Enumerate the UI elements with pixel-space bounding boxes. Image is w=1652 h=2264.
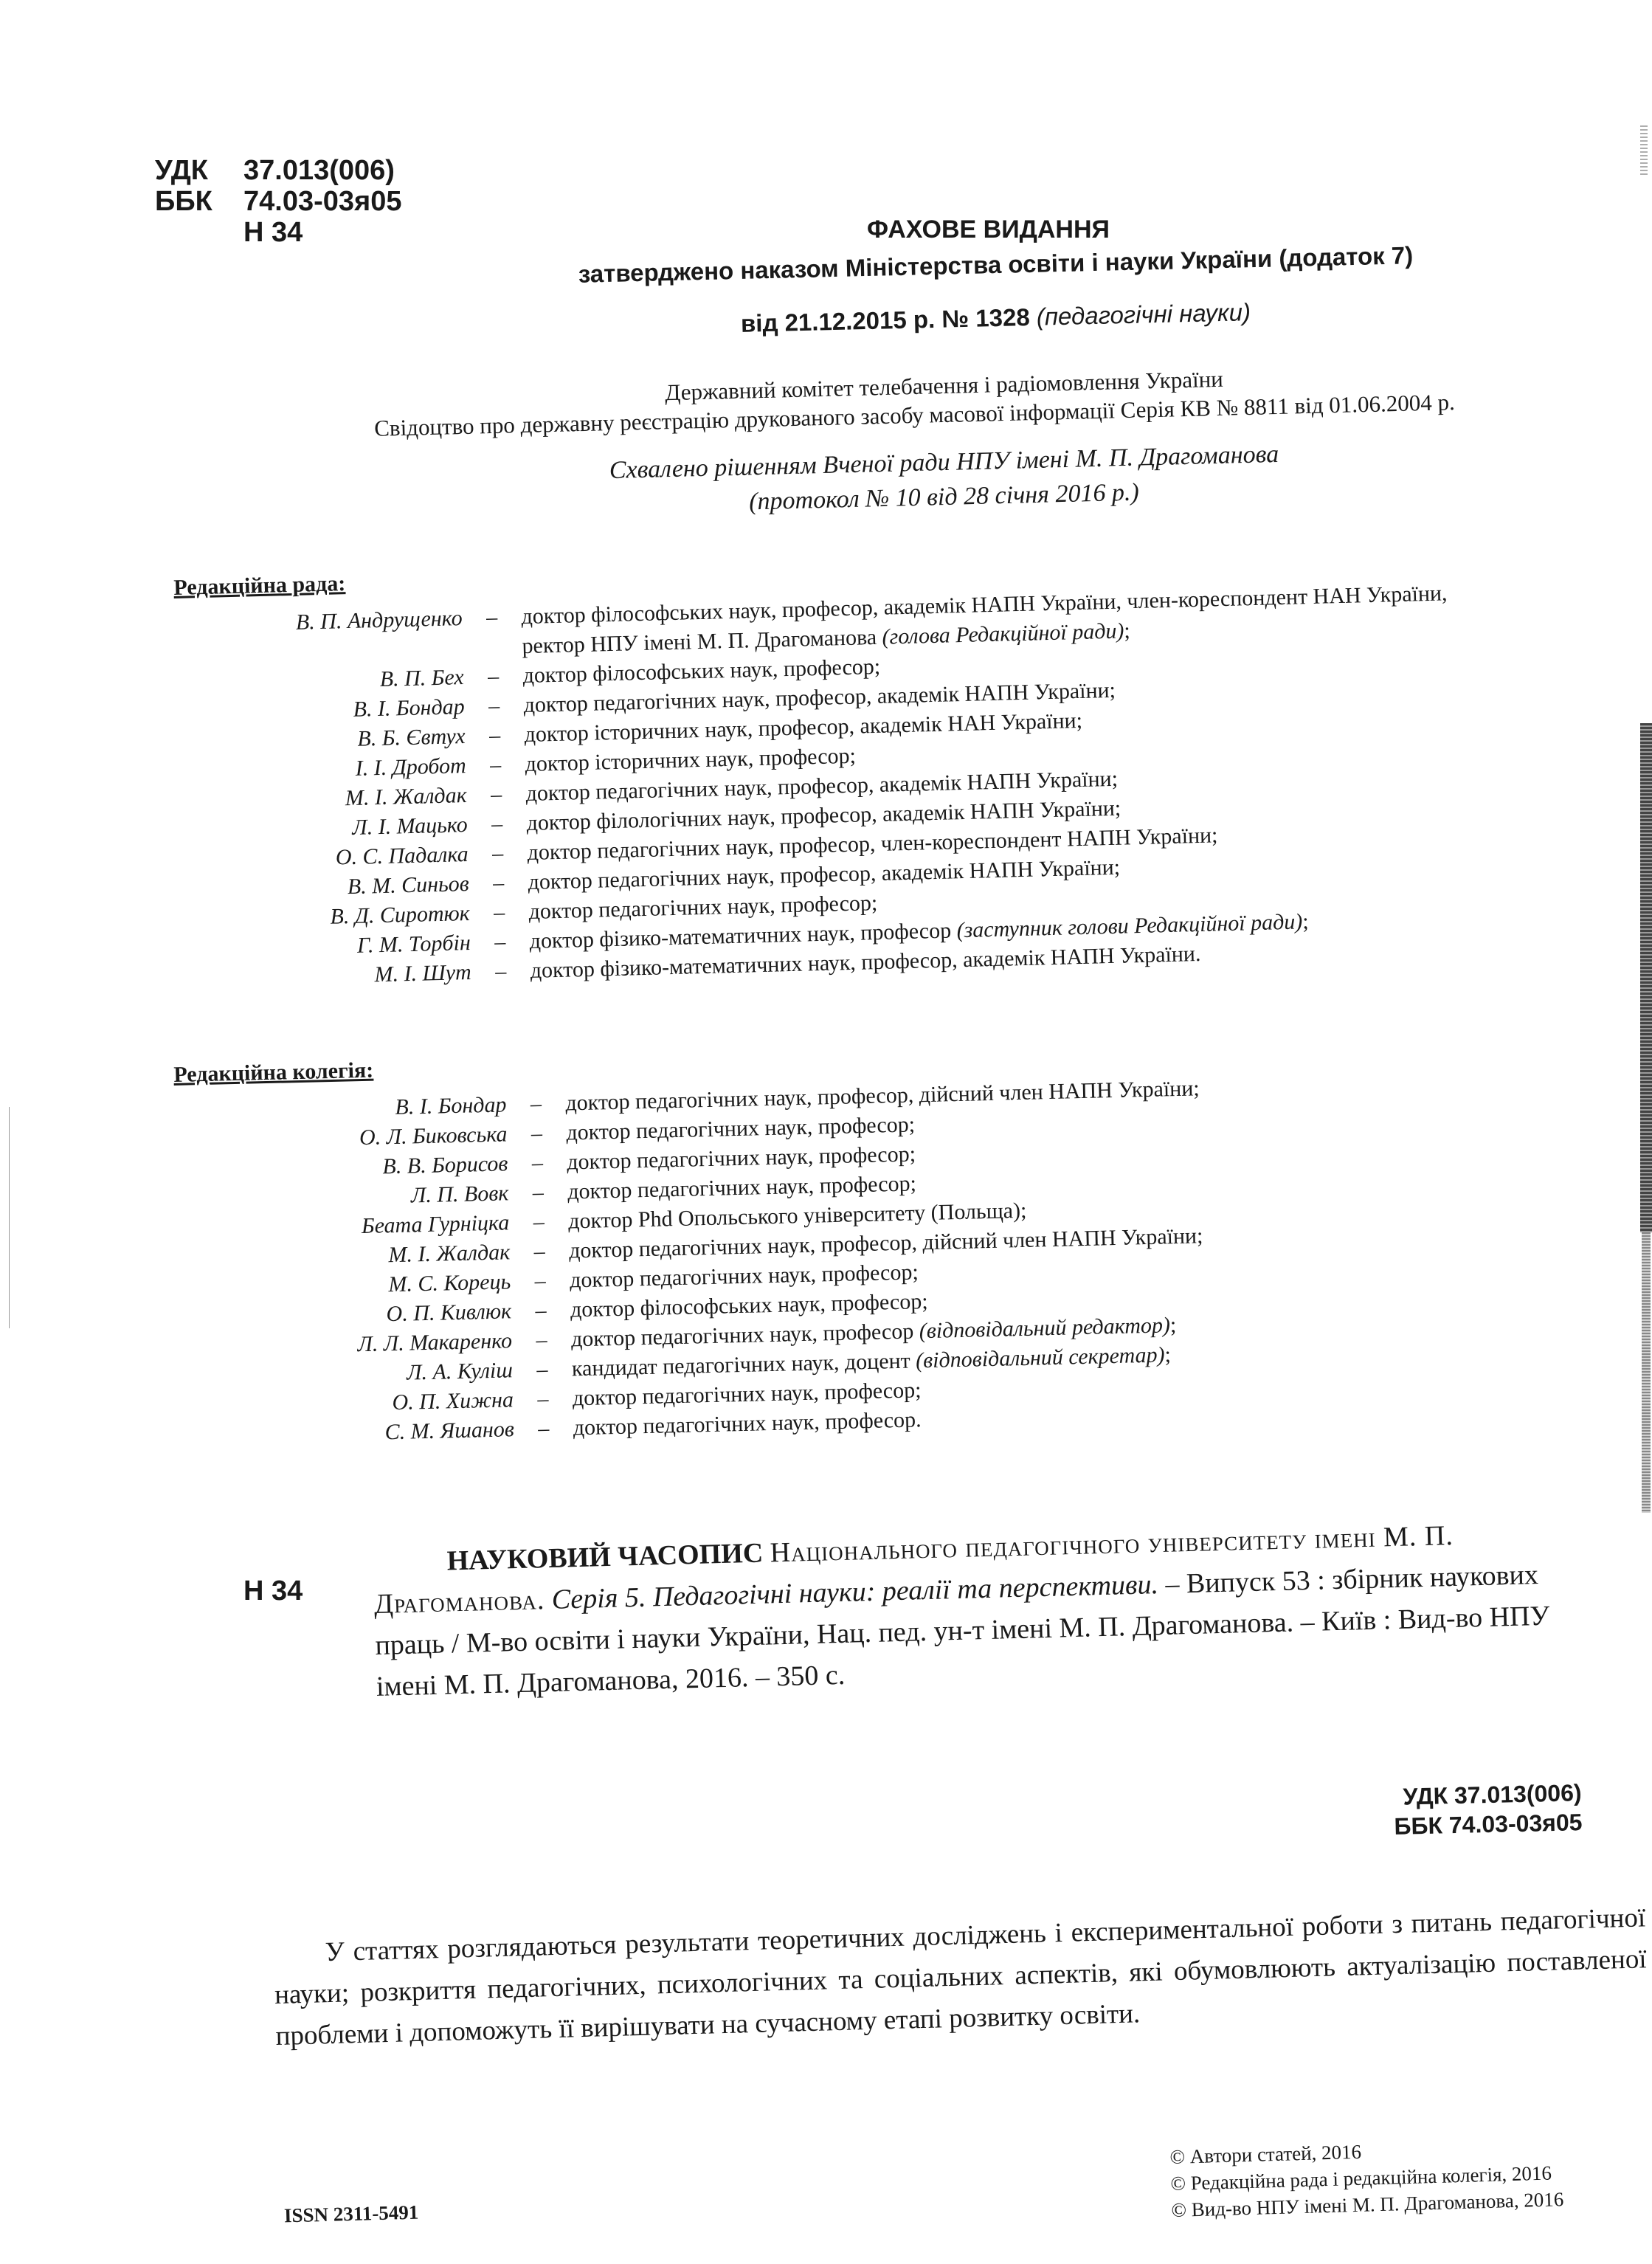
scan-artifact	[1640, 125, 1648, 177]
dash: –	[512, 1354, 572, 1385]
bibliography-mark: Н 34	[243, 1576, 303, 1607]
abstract-paragraph: У статтях розглядаються результати теоре…	[273, 1897, 1648, 2057]
dash: –	[463, 661, 523, 692]
dash: –	[465, 720, 525, 751]
approval-line-2: від 21.12.2015 р. № 1328 (педагогічні на…	[170, 286, 1652, 351]
udk-value: 37.013(006)	[243, 155, 395, 186]
scan-artifact	[9, 1107, 10, 1328]
dash: –	[470, 927, 530, 958]
bbk-bottom: ББК 74.03-03я05	[1394, 1807, 1583, 1841]
dash: –	[464, 691, 524, 722]
abstract-text: У статтях розглядаються результати теоре…	[274, 1902, 1647, 2051]
document-page: УДК37.013(006) ББК74.03-03я05 Н 34 ФАХОВ…	[0, 0, 1652, 2264]
dash: –	[511, 1295, 571, 1326]
issn: ISSN 2311-5491	[284, 2201, 419, 2228]
dash: –	[466, 750, 525, 781]
dash: –	[508, 1147, 567, 1178]
udk-bottom: УДК 37.013(006)	[1393, 1778, 1582, 1812]
dash: –	[462, 602, 522, 663]
editorial-college-list: В. І. Бондар–доктор педагогічних наук, п…	[174, 1066, 1532, 1452]
bibliographic-description: НАУКОВИЙ ЧАСОПИС Національного педагогіч…	[373, 1511, 1608, 1708]
dash: –	[466, 779, 526, 810]
udk-label: УДК	[155, 155, 243, 186]
dash: –	[468, 838, 528, 869]
editorial-board: Редакційна рада: В. П. Андрущенко–доктор…	[173, 542, 1490, 995]
dash: –	[514, 1413, 573, 1444]
dash: –	[507, 1118, 567, 1149]
dash: –	[506, 1089, 566, 1120]
dash: –	[469, 868, 528, 899]
member-name: В. П. Андрущенко	[174, 604, 463, 670]
dash: –	[508, 1177, 568, 1208]
bbk-value: 74.03-03я05	[243, 186, 401, 217]
dash: –	[467, 809, 527, 840]
dash: –	[509, 1207, 569, 1238]
approval-order: від 21.12.2015 р. № 1328	[741, 303, 1031, 337]
copyright-block: © Автори статей, 2016 © Редакційна рада …	[1169, 2133, 1564, 2223]
dash: –	[512, 1325, 572, 1356]
bbk-label: ББК	[155, 186, 243, 217]
scan-artifact	[1640, 723, 1652, 1232]
editorial-board-list: В. П. Андрущенко–доктор філософських нау…	[174, 578, 1490, 995]
classification-codes-bottom: УДК 37.013(006) ББК 74.03-03я05	[1393, 1778, 1583, 1841]
dash: –	[469, 897, 529, 928]
dash: –	[511, 1266, 570, 1297]
journal-series: Серія 5. Педагогічні науки: реалії та пе…	[551, 1569, 1158, 1615]
approval-field-note: (педагогічні науки)	[1036, 298, 1251, 331]
scan-artifact	[1642, 1232, 1651, 1513]
member-name: М. І. Шут	[183, 958, 471, 995]
editorial-college: Редакційна колегія: В. І. Бондар–доктор …	[173, 1031, 1532, 1452]
journal-title-bold: НАУКОВИЙ ЧАСОПИС	[446, 1538, 764, 1577]
dash: –	[513, 1384, 573, 1415]
dash: –	[471, 956, 530, 987]
header-title: ФАХОВЕ ВИДАННЯ	[162, 215, 1652, 244]
dash: –	[510, 1236, 570, 1267]
